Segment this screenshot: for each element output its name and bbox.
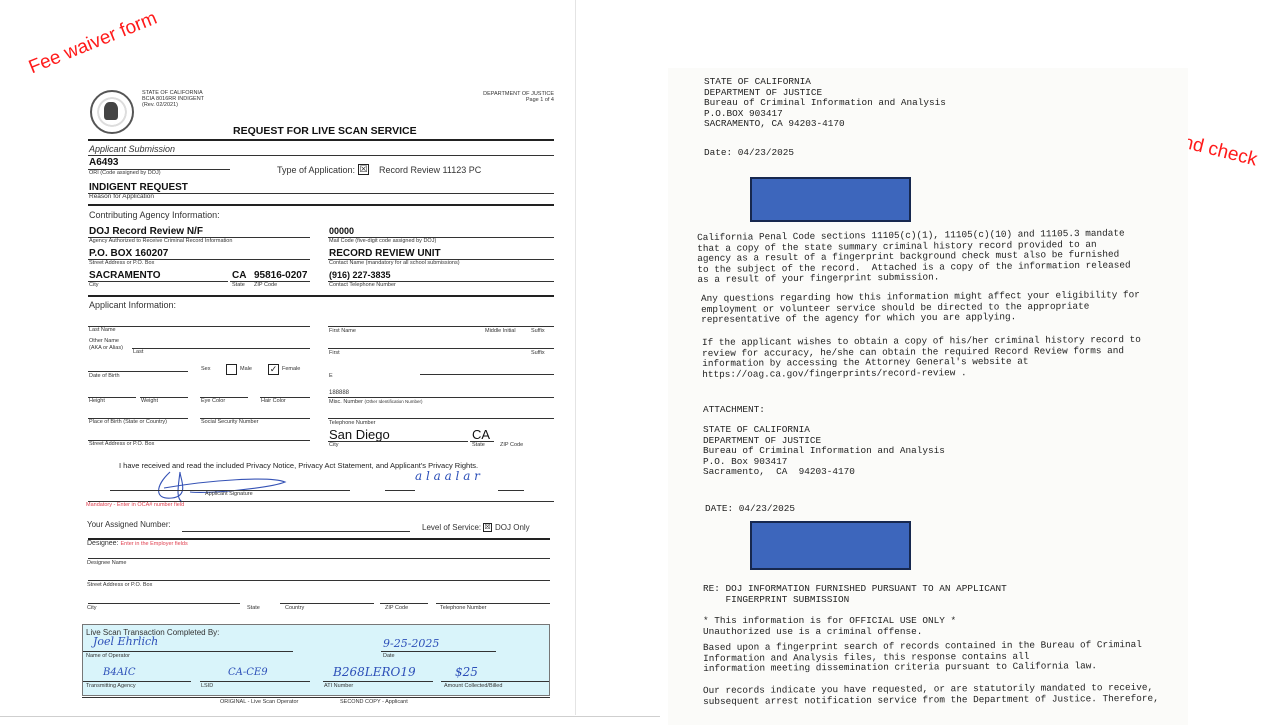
agency-city-label: City (89, 282, 98, 288)
lsid-label: LSID (201, 683, 213, 689)
amount-label: Amount Collected/Billed (444, 683, 502, 689)
contributing-agency-heading: Contributing Agency Information: (89, 210, 220, 220)
last-name-label: Last Name (89, 327, 116, 333)
re-line: RE: DOJ INFORMATION FURNISHED PURSUANT T… (703, 584, 1007, 605)
transaction-date-value[interactable]: 9-25-2025 (383, 637, 439, 650)
official-use-notice: * This information is for OFFICIAL USE O… (703, 616, 956, 637)
bottom-divider (0, 716, 660, 717)
agency-zip-label: ZIP Code (254, 282, 277, 288)
ati-number-value[interactable]: B268LERO19 (333, 665, 416, 679)
other-first-label: First (329, 350, 340, 356)
redaction-box-1 (750, 177, 911, 222)
applicant-city-label: City (329, 442, 338, 448)
male-label: Male (240, 366, 252, 372)
lsid-value[interactable]: CA-CE9 (228, 667, 268, 678)
live-scan-form: STATE OF CALIFORNIA BCIA 8016RR INDIGENT… (80, 80, 558, 715)
transmitting-agency-value[interactable]: B4AIC (103, 667, 136, 678)
reason-label: Reason for Application (89, 193, 154, 200)
applicant-city-value[interactable]: San Diego (329, 427, 390, 442)
designee-state-label: State (247, 605, 260, 611)
other-name-label: Other Name (89, 338, 119, 344)
form-revision: (Rev. 02/2021) (142, 102, 178, 108)
redaction-box-2 (750, 521, 911, 570)
applicant-info-heading: Applicant Information: (89, 300, 176, 310)
agency-city-value[interactable]: SACRAMENTO (89, 270, 160, 281)
letter-paragraph-2: Any questions regarding how this informa… (701, 290, 1140, 326)
applicant-state-value[interactable]: CA (472, 427, 490, 442)
agency-street-value[interactable]: P.O. BOX 160207 (89, 248, 168, 259)
ssn-label: Social Security Number (201, 419, 258, 425)
applicant-state-label: State (472, 442, 485, 448)
mail-code-label: Mail Code (five-digit code assigned by D… (329, 238, 436, 244)
applicant-submission-heading: Applicant Submission (89, 144, 175, 154)
record-review-checkbox[interactable]: ☒ (358, 164, 369, 175)
amount-value[interactable]: $25 (455, 665, 478, 679)
agency-label: Agency Authorized to Receive Criminal Re… (89, 238, 232, 244)
doj-only-checkbox[interactable]: ☒ (483, 523, 492, 532)
contact-name-value[interactable]: RECORD REVIEW UNIT (329, 248, 441, 259)
applicant-street-label: Street Address or P.O. Box (89, 441, 154, 447)
female-checkbox[interactable]: ✓ (268, 364, 279, 375)
designee-city-label: City (87, 605, 96, 611)
letter-date-2: DATE: 04/23/2025 (705, 504, 795, 515)
letter-paragraph-5: Our records indicate you have requested,… (703, 683, 1159, 707)
ori-value[interactable]: A6493 (89, 157, 118, 168)
agency-zip-value[interactable]: 95816-0207 (254, 270, 307, 281)
dob-label: Date of Birth (89, 373, 120, 379)
mail-code-value[interactable]: 00000 (329, 226, 354, 236)
letter-date: Date: 04/23/2025 (704, 148, 794, 159)
eye-color-label: Eye Color (201, 398, 225, 404)
type-of-application-value: Record Review 11123 PC (379, 165, 481, 175)
agency-value[interactable]: DOJ Record Review N/F (89, 226, 203, 237)
footer-second-copy: SECOND COPY - Applicant (340, 699, 408, 705)
doj-letter: STATE OF CALIFORNIA DEPARTMENT OF JUSTIC… (668, 68, 1188, 725)
mandatory-note: Mandatory - Enter in OCA# number field (86, 502, 184, 508)
height-label: Height (89, 398, 105, 404)
transmitting-agency-label: Transmitting Agency (86, 683, 136, 689)
level-of-service-value: DOJ Only (495, 523, 530, 532)
suffix-label: Suffix (531, 328, 545, 334)
form-title: REQUEST FOR LIVE SCAN SERVICE (233, 125, 417, 137)
state-seal-icon (90, 90, 134, 134)
live-scan-section: Live Scan Transaction Completed By: Joel… (82, 624, 550, 696)
reason-value[interactable]: INDIGENT REQUEST (89, 182, 188, 193)
operator-name-label: Name of Operator (86, 653, 130, 659)
middle-initial-label: Middle Initial (485, 328, 516, 334)
operator-name-value[interactable]: Joel Ehrlich (93, 635, 158, 648)
designee-street-label: Street Address or P.O. Box (87, 582, 152, 588)
ori-label: ORI (Code assigned by DOJ) (89, 170, 161, 176)
weight-label: Weight (141, 398, 158, 404)
designee-zip-label: ZIP Code (385, 605, 408, 611)
agency-state-value[interactable]: CA (232, 270, 246, 281)
other-last-label: Last (133, 349, 143, 355)
designee-phone-label: Telephone Number (440, 605, 486, 611)
applicant-signature-label: Applicant Signature (205, 491, 253, 497)
letter-paragraph-1: California Penal Code sections 11105(c)(… (697, 228, 1131, 286)
agency-state-label: State (232, 282, 245, 288)
email-label: E (329, 373, 333, 379)
designee-name-label: Designee Name (87, 560, 126, 566)
applicant-zip-label: ZIP Code (500, 442, 523, 448)
form-page-number: Page 1 of 4 (526, 97, 554, 103)
designee-heading: Designee: Enter in the Employer fields (87, 540, 188, 547)
attachment-address: STATE OF CALIFORNIA DEPARTMENT OF JUSTIC… (703, 425, 945, 478)
letter-paragraph-4: Based upon a fingerprint search of recor… (703, 640, 1142, 675)
male-checkbox[interactable] (226, 364, 237, 375)
letter-header: STATE OF CALIFORNIA DEPARTMENT OF JUSTIC… (704, 77, 946, 130)
first-name-label: First Name (329, 328, 356, 334)
signature-date-scribble: a l a a l a r (415, 469, 480, 483)
aka-label: (AKA or Alias) (89, 345, 123, 351)
letter-paragraph-3: If the applicant wishes to obtain a copy… (702, 335, 1141, 380)
assigned-number-label: Your Assigned Number: (87, 520, 171, 529)
place-of-birth-label: Place of Birth (State or Country) (89, 419, 167, 425)
footer-original: ORIGINAL - Live Scan Operator (220, 699, 298, 705)
transaction-date-label: Date (383, 653, 395, 659)
misc-number-label: Misc. Number (Other Identification Numbe… (329, 399, 422, 405)
misc-number-value[interactable]: 188888 (329, 390, 349, 396)
page-divider (575, 0, 576, 715)
contact-phone-value[interactable]: (916) 227-3835 (329, 270, 391, 280)
signature-scribble-icon (150, 468, 290, 504)
designee-country-label: Country (285, 605, 304, 611)
hair-color-label: Hair Color (261, 398, 286, 404)
agency-street-label: Street Address or P.O. Box (89, 260, 154, 266)
telephone-label: Telephone Number (329, 420, 375, 426)
contact-phone-label: Contact Telephone Number (329, 282, 396, 288)
level-of-service-label: Level of Service: (422, 523, 481, 532)
attachment-label: ATTACHMENT: (703, 405, 765, 416)
ati-number-label: ATI Number (324, 683, 353, 689)
sex-label: Sex (201, 366, 210, 372)
type-of-application-label: Type of Application: (277, 165, 355, 175)
female-label: Female (282, 366, 300, 372)
fee-waiver-annotation: Fee waiver form (26, 8, 161, 79)
contact-name-label: Contact Name (mandatory for all school s… (329, 260, 460, 266)
other-suffix-label: Suffix (531, 350, 545, 356)
